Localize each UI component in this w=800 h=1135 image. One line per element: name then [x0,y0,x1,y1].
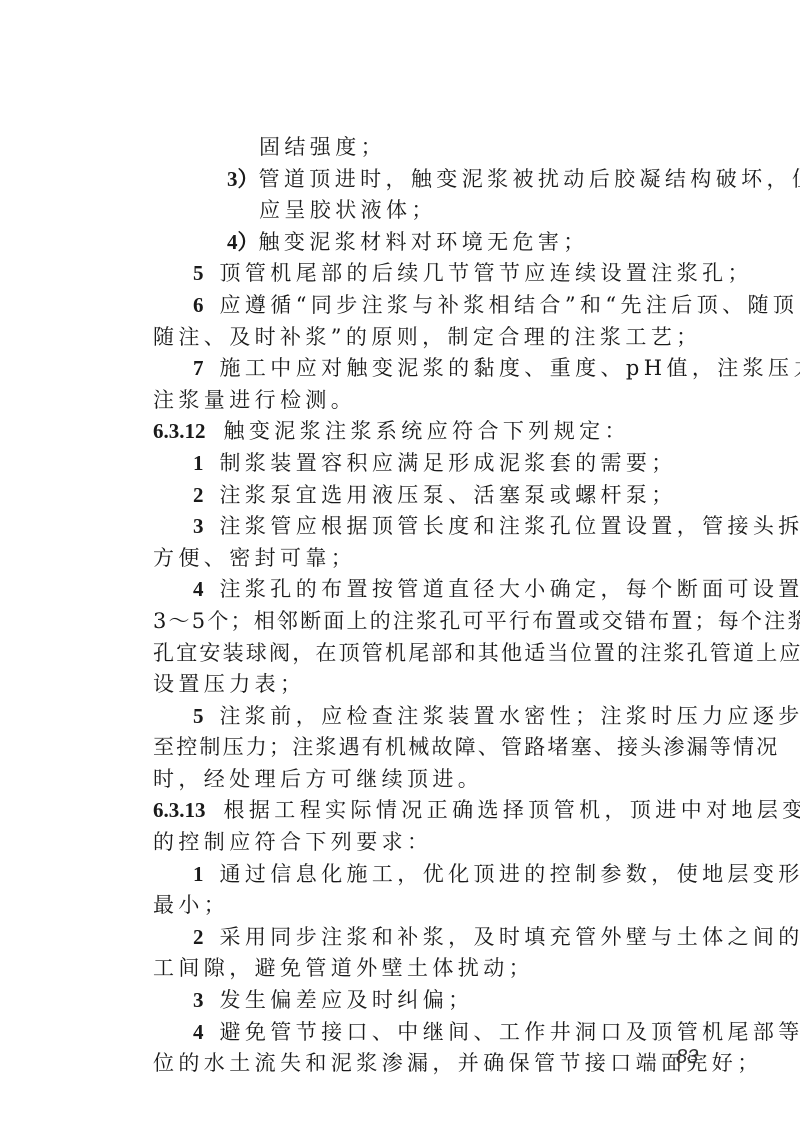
item-continuation: 设置压力表； [153,669,715,701]
item-continuation: 孔宜安装球阀，在顶管机尾部和其他适当位置的注浆孔管道上应 [153,638,715,670]
item-number: 3 [193,511,204,543]
subitem-continuation: 固结强度； [153,132,715,164]
line-text: 顶管机尾部的后续几节管节应连续设置注浆孔； [220,261,753,285]
subitem-4: 4）触变泥浆材料对环境无危害； [153,227,715,259]
line-text: 应遵循“同步注浆与补浆相结合”和“先注后顶、随顶 [220,293,799,317]
subitem-label: 3） [227,167,259,191]
clause-number: 6.3.13 [153,795,206,827]
line-text: 孔宜安装球阀，在顶管机尾部和其他适当位置的注浆孔管道上应 [153,641,800,665]
line-text: 注浆孔的布置按管道直径大小确定，每个断面可设置 [220,577,800,601]
item-4: 4注浆孔的布置按管道直径大小确定，每个断面可设置 [153,574,715,606]
item-continuation: 位的水土流失和泥浆渗漏，并确保管节接口端面完好； [153,1048,715,1080]
item-continuation: 方便、密封可靠； [153,543,715,575]
line-text: 工间隙，避免管道外壁土体扰动； [153,956,534,980]
item-continuation: 注浆量进行检测。 [153,385,715,417]
item-5: 5注浆前，应检查注浆装置水密性；注浆时压力应逐步升 [153,701,715,733]
line-text: 的控制应符合下列要求： [153,830,432,854]
line-text: 注浆前，应检查注浆装置水密性；注浆时压力应逐步升 [220,704,800,728]
line-text: 施工中应对触变泥浆的黏度、重度、pH值，注浆压力， [220,356,800,380]
item-continuation: 3～5个；相邻断面上的注浆孔可平行布置或交错布置；每个注浆 [153,606,715,638]
line-text: 固结强度； [259,135,386,159]
clause-6-3-12: 6.3.12触变泥浆注浆系统应符合下列规定： [153,416,715,448]
line-text: 位的水土流失和泥浆渗漏，并确保管节接口端面完好； [153,1051,763,1075]
line-text: 避免管节接口、中继间、工作井洞口及顶管机尾部等部 [220,1020,800,1044]
document-page-body: 固结强度； 3）管道顶进时，触变泥浆被扰动后胶凝结构破坏，但 应呈胶状液体； 4… [153,132,715,1080]
line-text: 触变泥浆材料对环境无危害； [259,230,589,254]
line-text: 最小； [153,893,229,917]
subitem-label: 4） [227,230,259,254]
item-number: 2 [193,480,204,512]
item-2: 2注浆泵宜选用液压泵、活塞泵或螺杆泵； [153,480,715,512]
line-text: 注浆泵宜选用液压泵、活塞泵或螺杆泵； [220,483,677,507]
item-number: 4 [193,1017,204,1049]
line-text: 注浆量进行检测。 [153,388,356,412]
item-continuation: 工间隙，避免管道外壁土体扰动； [153,953,715,985]
item-1: 1制浆装置容积应满足形成泥浆套的需要； [153,448,715,480]
item-continuation: 最小； [153,890,715,922]
item-4: 4避免管节接口、中继间、工作井洞口及顶管机尾部等部 [153,1017,715,1049]
line-text: 随注、及时补浆”的原则，制定合理的注浆工艺； [153,325,702,349]
item-continuation: 至控制压力；注浆遇有机械故障、管路堵塞、接头渗漏等情况 [153,732,715,764]
clause-6-3-13: 6.3.13根据工程实际情况正确选择顶管机，顶进中对地层变形 [153,795,715,827]
line-text: 管道顶进时，触变泥浆被扰动后胶凝结构破坏，但 [259,167,800,191]
item-6: 6应遵循“同步注浆与补浆相结合”和“先注后顶、随顶 [153,290,715,322]
item-1: 1通过信息化施工，优化顶进的控制参数，使地层变形 [153,859,715,891]
line-text: 发生偏差应及时纠偏； [220,988,474,1012]
line-text: 采用同步注浆和补浆，及时填充管外壁与土体之间的施 [220,925,800,949]
clause-number: 6.3.12 [153,416,206,448]
clause-heading-text: 根据工程实际情况正确选择顶管机，顶进中对地层变形 [224,798,800,822]
item-number: 3 [193,985,204,1017]
clause-continuation: 的控制应符合下列要求： [153,827,715,859]
line-text: 3～5个；相邻断面上的注浆孔可平行布置或交错布置；每个注浆 [153,609,800,633]
line-text: 时，经处理后方可继续顶进。 [153,767,483,791]
item-number: 1 [193,859,204,891]
item-2: 2采用同步注浆和补浆，及时填充管外壁与土体之间的施 [153,922,715,954]
line-text: 方便、密封可靠； [153,546,356,570]
item-7: 7施工中应对触变泥浆的黏度、重度、pH值，注浆压力， [153,353,715,385]
item-number: 5 [193,258,204,290]
line-text: 通过信息化施工，优化顶进的控制参数，使地层变形 [220,862,800,886]
clause-heading-text: 触变泥浆注浆系统应符合下列规定： [224,419,630,443]
item-3: 3发生偏差应及时纠偏； [153,985,715,1017]
page-number: 83 [676,1046,698,1069]
item-continuation: 时，经处理后方可继续顶进。 [153,764,715,796]
item-number: 5 [193,701,204,733]
item-number: 4 [193,574,204,606]
item-continuation: 随注、及时补浆”的原则，制定合理的注浆工艺； [153,322,715,354]
item-number: 1 [193,448,204,480]
line-text: 至控制压力；注浆遇有机械故障、管路堵塞、接头渗漏等情况 [153,735,779,759]
item-number: 2 [193,922,204,954]
line-text: 制浆装置容积应满足形成泥浆套的需要； [220,451,677,475]
line-text: 应呈胶状液体； [259,198,437,222]
subitem-3: 3）管道顶进时，触变泥浆被扰动后胶凝结构破坏，但 [153,164,715,196]
item-5: 5顶管机尾部的后续几节管节应连续设置注浆孔； [153,258,715,290]
item-number: 7 [193,353,204,385]
item-number: 6 [193,290,204,322]
line-text: 设置压力表； [153,672,305,696]
line-text: 注浆管应根据顶管长度和注浆孔位置设置，管接头拆卸 [220,514,800,538]
item-3: 3注浆管应根据顶管长度和注浆孔位置设置，管接头拆卸 [153,511,715,543]
subitem-continuation: 应呈胶状液体； [153,195,715,227]
